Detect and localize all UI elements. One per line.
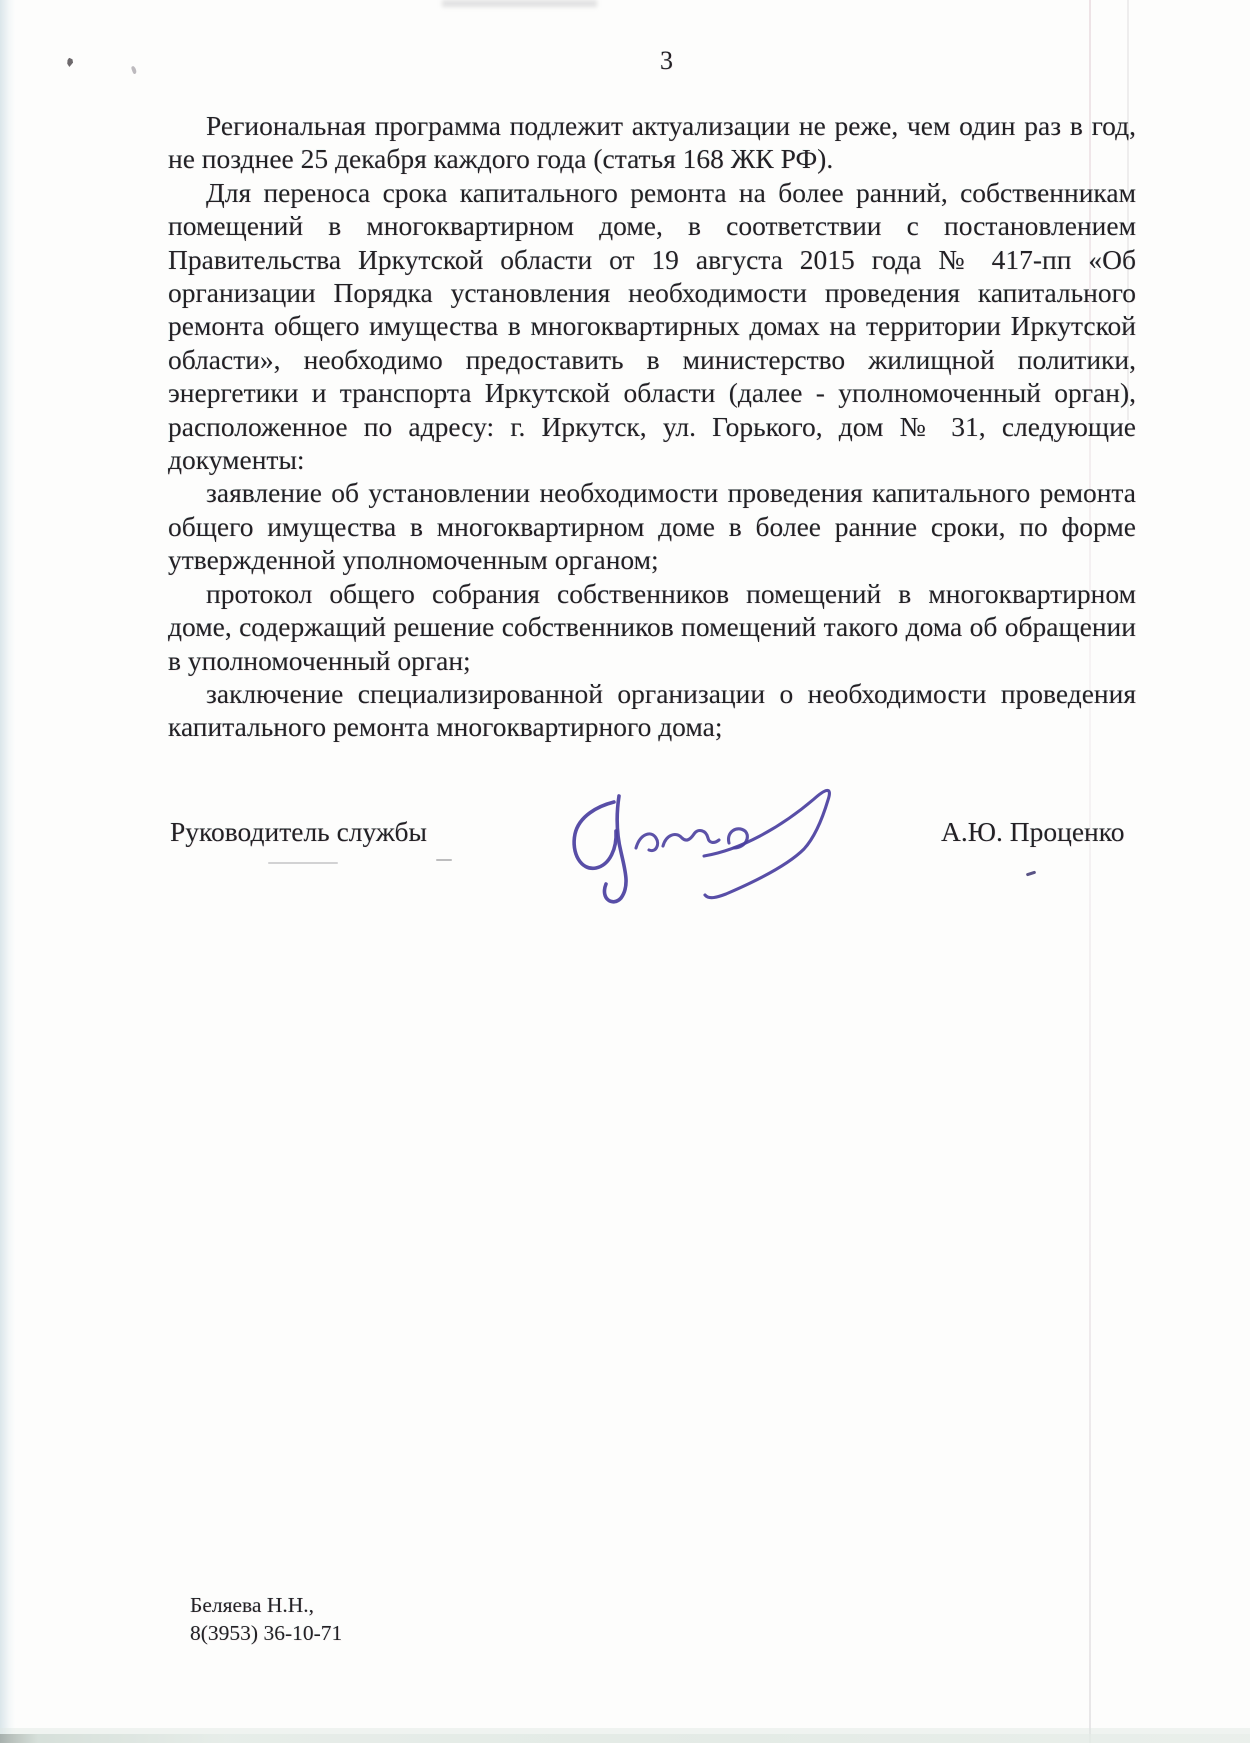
ink-dot xyxy=(1026,871,1036,877)
paragraph: заключение специализированной организаци… xyxy=(168,677,1136,744)
paragraph: протокол общего собрания собственников п… xyxy=(168,577,1136,677)
pencil-smudge xyxy=(436,859,452,861)
pencil-smudge xyxy=(268,862,338,864)
scan-edge-shadow xyxy=(0,0,15,1743)
executor-footer: Беляева Н.Н., 8(3953) 36-10-71 xyxy=(190,1591,342,1647)
paragraph: Региональная программа подлежит актуализ… xyxy=(168,109,1136,176)
page-number: 3 xyxy=(84,46,1250,76)
scan-band xyxy=(0,1734,1250,1743)
scan-speck xyxy=(66,57,74,67)
executor-phone: 8(3953) 36-10-71 xyxy=(190,1619,342,1647)
executor-name: Беляева Н.Н., xyxy=(190,1591,342,1619)
document-page: 3 Региональная программа подлежит актуал… xyxy=(0,0,1250,1743)
scan-smudge xyxy=(442,0,597,7)
signatory-name: А.Ю. Проценко xyxy=(941,816,1124,848)
paragraph: Для переноса срока капитального ремонта … xyxy=(168,176,1136,477)
signatory-role-label: Руководитель службы xyxy=(170,816,427,848)
handwritten-signature-icon xyxy=(556,776,848,910)
document-body: Региональная программа подлежит актуализ… xyxy=(168,109,1136,744)
paragraph: заявление об установлении необходимости … xyxy=(168,476,1136,576)
